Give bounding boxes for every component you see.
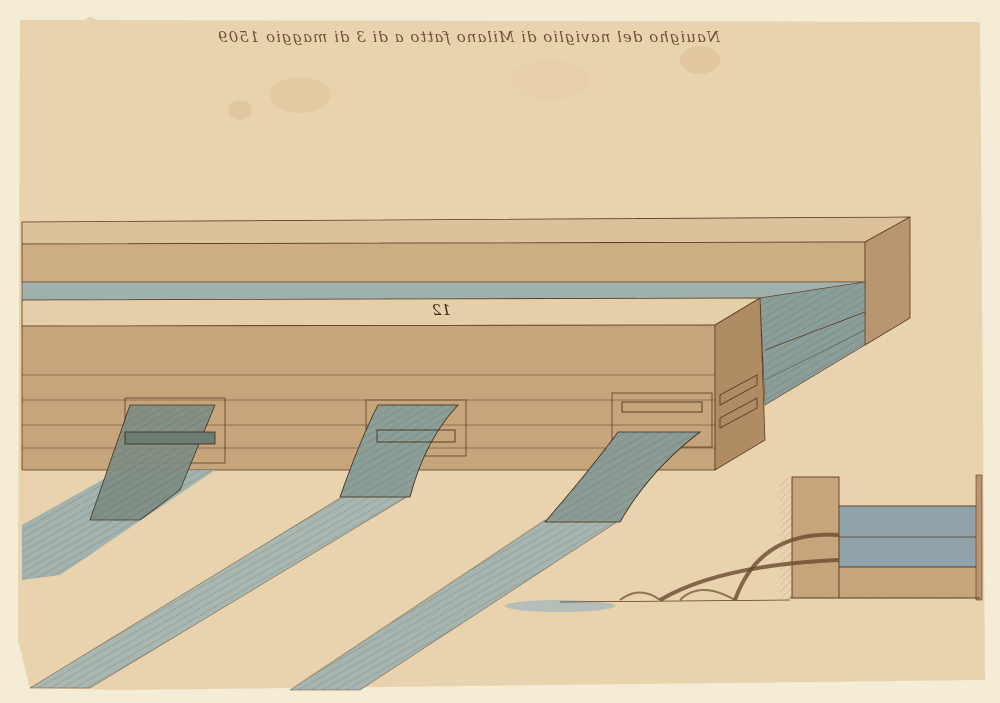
drawing: [0, 0, 1000, 703]
mirror-writing-caption: Nauigho del naviglio di Milano fatto a d…: [300, 28, 720, 46]
manuscript-sheet: Nauigho del naviglio di Milano fatto a d…: [0, 0, 1000, 703]
folio-number: 12: [432, 301, 451, 319]
